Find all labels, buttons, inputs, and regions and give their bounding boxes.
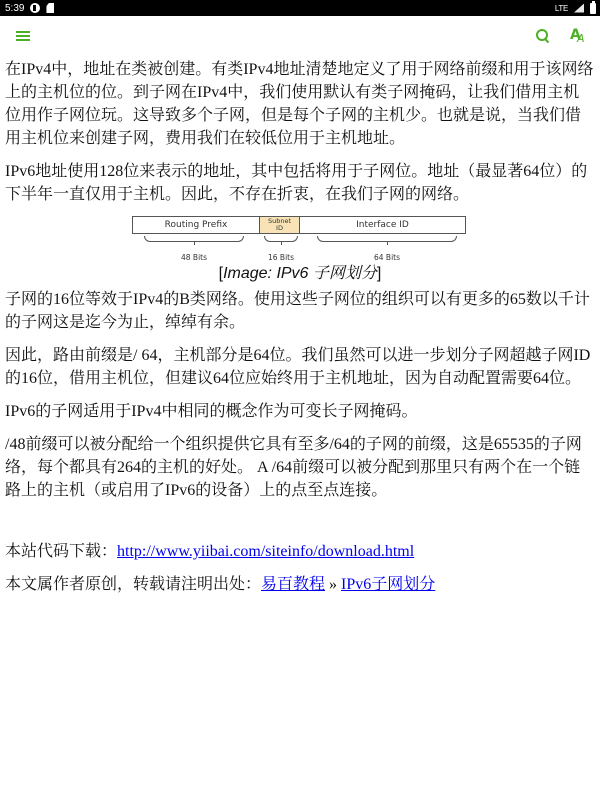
search-icon[interactable] bbox=[536, 29, 550, 43]
breadcrumb-separator: » bbox=[325, 576, 341, 593]
ipv6-subnet-figure: Routing Prefix Subnet ID Interface ID 48… bbox=[5, 213, 595, 285]
article-paragraph: 子网的16位等效于IPv4的B类网络。使用这些子网位的组织可以有更多的65数以千… bbox=[5, 288, 595, 334]
hamburger-menu-icon[interactable] bbox=[16, 31, 30, 41]
figure-caption: [Image: IPv6 子网划分] bbox=[219, 263, 382, 285]
routing-bits-label: 48 Bits bbox=[181, 246, 207, 269]
status-right: LTE bbox=[555, 3, 596, 14]
credit-line: 本文属作者原创，转载请注明出处：易百教程 » IPv6子网划分 bbox=[5, 573, 595, 596]
article-paragraph: 在IPv4中，地址在类被创建。有类IPv4地址清楚地定义了用于网络前缀和用于该网… bbox=[5, 58, 595, 150]
article-paragraph: /48前缀可以被分配给一个组织提供它具有至多/64的子网的前缀，这是65535的… bbox=[5, 433, 595, 502]
interface-id-segment: Interface ID bbox=[300, 217, 465, 233]
download-line: 本站代码下载：http://www.yiibai.com/siteinfo/do… bbox=[5, 540, 595, 563]
article-paragraph: 因此，路由前缀是/ 64，主机部分是64位。我们虽然可以进一步划分子网超越子网I… bbox=[5, 344, 595, 390]
subnet-bits-label: 16 Bits bbox=[268, 246, 294, 269]
site-link[interactable]: 易百教程 bbox=[261, 576, 325, 593]
credit-label: 本文属作者原创，转载请注明出处： bbox=[5, 576, 261, 593]
status-time: 5:39 bbox=[5, 3, 24, 14]
article-content: 在IPv4中，地址在类被创建。有类IPv4地址清楚地定义了用于网络前缀和用于该网… bbox=[0, 58, 600, 596]
routing-prefix-segment: Routing Prefix bbox=[133, 217, 260, 233]
page-link[interactable]: IPv6子网划分 bbox=[341, 576, 435, 593]
article-paragraph: IPv6地址使用128位来表示的地址，其中包括将用于子网位。地址（最显著64位）… bbox=[5, 160, 595, 206]
address-bar: Routing Prefix Subnet ID Interface ID bbox=[132, 216, 466, 234]
signal-icon bbox=[574, 4, 584, 13]
battery-icon bbox=[590, 3, 596, 14]
status-left: 5:39 bbox=[5, 3, 54, 14]
interface-brace bbox=[317, 236, 457, 242]
routing-brace bbox=[144, 236, 244, 242]
ipv6-address-diagram: Routing Prefix Subnet ID Interface ID 48… bbox=[132, 213, 468, 261]
interface-bits-label: 64 Bits bbox=[374, 246, 400, 269]
article-paragraph: IPv6的子网适用于IPv4中相同的概念作为可变长子网掩码。 bbox=[5, 400, 595, 423]
download-link[interactable]: http://www.yiibai.com/siteinfo/download.… bbox=[117, 543, 414, 560]
notification-app-icon bbox=[30, 3, 40, 13]
app-toolbar: A A bbox=[0, 16, 600, 56]
subnet-brace bbox=[264, 236, 298, 242]
network-type: LTE bbox=[555, 4, 568, 13]
subnet-id-segment: Subnet ID bbox=[260, 217, 300, 233]
toolbar-actions: A A bbox=[536, 28, 586, 44]
download-label: 本站代码下载： bbox=[5, 543, 117, 560]
sd-card-icon bbox=[46, 3, 54, 13]
font-size-icon[interactable]: A A bbox=[570, 28, 586, 44]
status-bar: 5:39 LTE bbox=[0, 0, 600, 16]
